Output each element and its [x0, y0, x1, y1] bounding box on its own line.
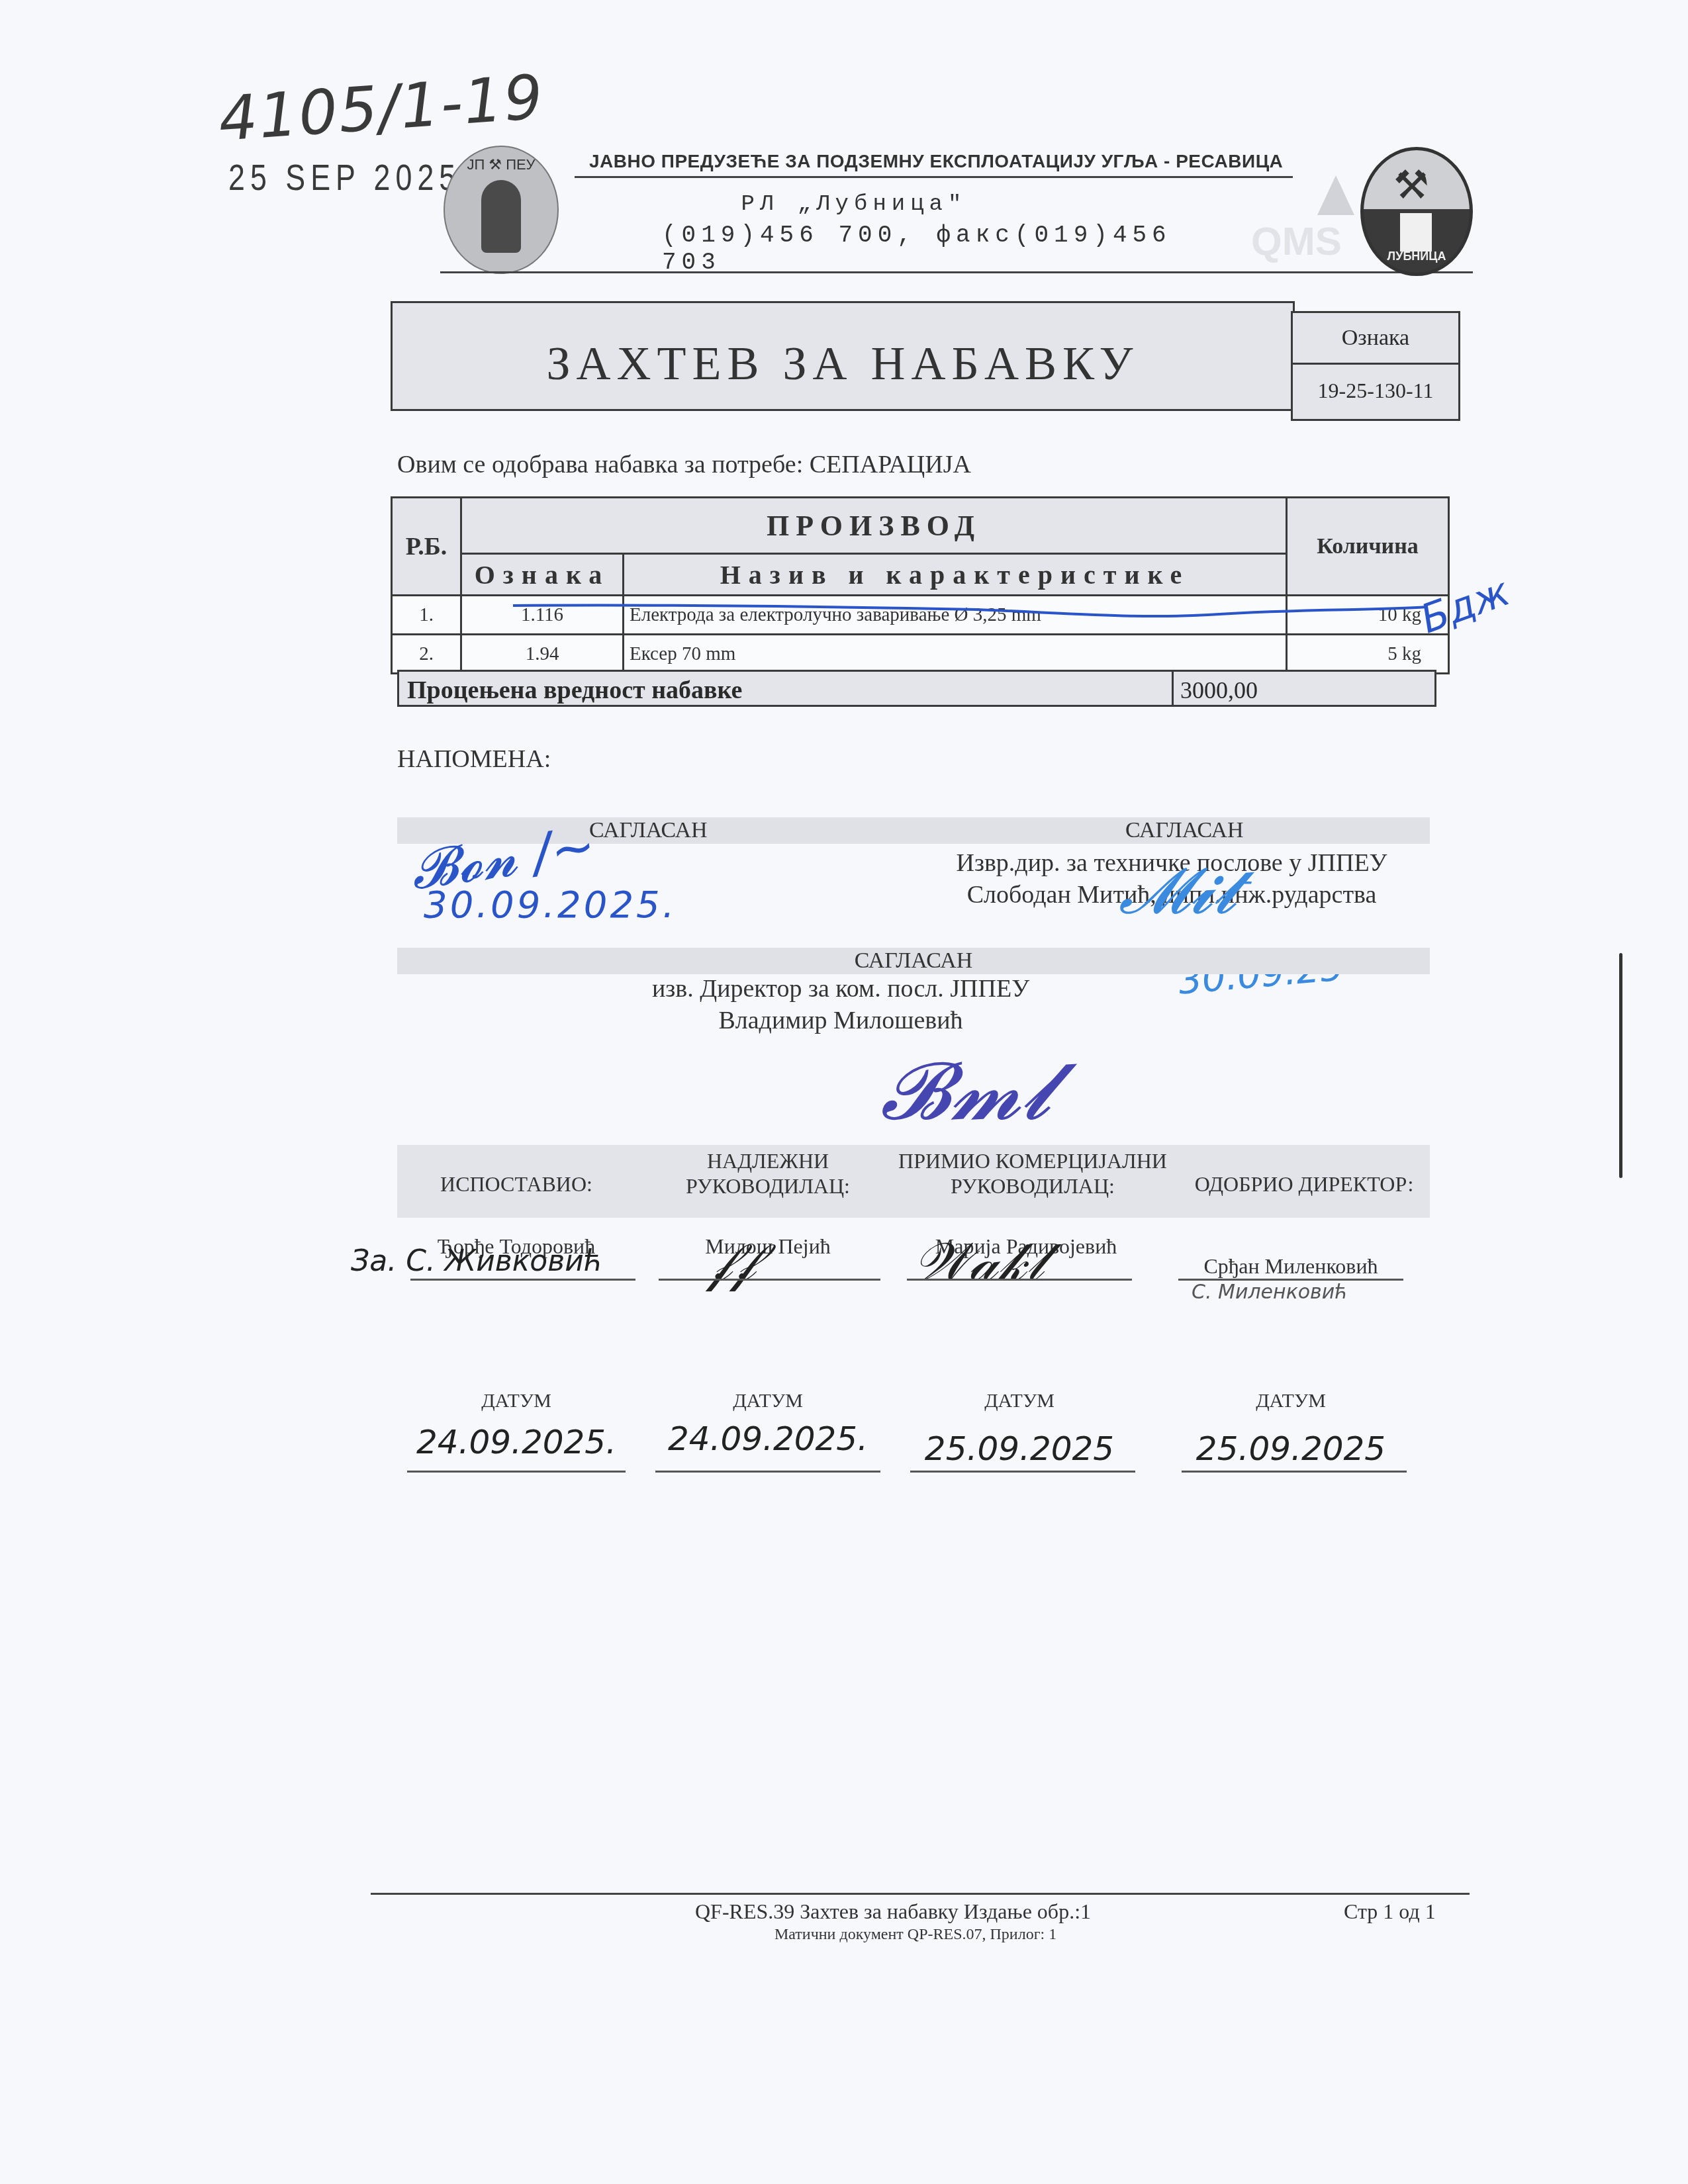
footer-page-number: Стр 1 од 1 [1344, 1899, 1436, 1924]
issued-by-signature: За. С. Живковић [351, 1244, 602, 1278]
approval-purpose: Овим се одобрава набавка за потребе: СЕП… [397, 450, 971, 479]
signature-line [410, 1279, 635, 1281]
col-quantity: Количина [1287, 498, 1449, 596]
received-date-stamp: 25 SEP 2025 [228, 156, 461, 199]
signature-line [907, 1279, 1132, 1281]
scan-margin-mark [1619, 953, 1622, 1178]
agree-label-right: САГЛАСАН [1125, 817, 1244, 844]
commercial-director-name: Владимир Милошевић [609, 1005, 1072, 1036]
phone-fax: (019)456 700, факс(019)456 703 [662, 222, 1244, 276]
col-code: Ознака [461, 554, 624, 596]
code-value: 19-25-130-11 [1293, 365, 1458, 416]
role-director: ОДОБРИО ДИРЕКТОР: [1185, 1171, 1423, 1197]
document-title: ЗАХТЕВ ЗА НАБАВКУ [393, 336, 1293, 391]
date-line [407, 1471, 626, 1473]
commercial-director-block: изв. Директор за ком. посл. ЈППЕУ Владим… [609, 973, 1072, 1036]
footer-form-id: QF-RES.39 Захтев за набавку Издање обр.:… [695, 1899, 1091, 1924]
items-table: Р.Б. ПРОИЗВОД Количина Ознака Назив и ка… [391, 496, 1450, 674]
date-label: ДАТУМ [1185, 1390, 1397, 1412]
role-issued-by: ИСПОСТАВИО: [404, 1171, 629, 1197]
date-line [910, 1471, 1135, 1473]
signature-line [1178, 1279, 1403, 1281]
note-label: НАПОМЕНА: [397, 745, 551, 774]
commercial-manager-signature: 𝒲𝒶𝓀𝓁 [914, 1231, 1044, 1293]
unit-name: РЛ „Лубница" [662, 192, 1046, 217]
qms-watermark: QMS [1251, 218, 1342, 264]
footer-divider [371, 1893, 1470, 1895]
document-code-box: Ознака 19-25-130-11 [1291, 311, 1460, 421]
estimated-value-row: Процењена вредност набавке 3000,00 [397, 670, 1436, 707]
col-rb: Р.Б. [392, 498, 461, 596]
tech-director-signature: 𝓜𝓲𝓽 [1119, 854, 1237, 929]
col-product: ПРОИЗВОД [461, 498, 1287, 554]
row-name: Ексер 70 mm [624, 635, 1287, 674]
tree-icon [1317, 175, 1354, 215]
signature-line [659, 1279, 880, 1281]
date-director: 25.09.2025 [1178, 1430, 1403, 1468]
row-rb: 2. [392, 635, 461, 674]
date-issued: 24.09.2025. [404, 1423, 629, 1461]
person-responsible-manager: Милош Пејић [662, 1234, 874, 1259]
date-commercial: 25.09.2025 [907, 1430, 1132, 1468]
row-rb: 1. [392, 596, 461, 635]
emblem-shield-icon [1400, 213, 1432, 251]
crossed-hammers-icon: ⚒ [1393, 162, 1429, 208]
emblem-caption: ЛУБНИЦА [1364, 250, 1470, 263]
strike-through-line [513, 599, 1440, 625]
table-row: 2. 1.94 Ексер 70 mm 5 kg [392, 635, 1449, 674]
footer-parent-doc: Матични документ QP-RES.07, Прилог: 1 [774, 1926, 1056, 1944]
responsible-manager-signature: 𝒻𝒻 [708, 1231, 755, 1293]
date-responsible: 24.09.2025. [655, 1420, 880, 1458]
estimated-value-label: Процењена вредност набавке [397, 670, 1172, 707]
date-line [1182, 1471, 1407, 1473]
document-title-box: ЗАХТЕВ ЗА НАБАВКУ [391, 301, 1295, 411]
divider [575, 176, 1293, 178]
row-code: 1.94 [461, 635, 624, 674]
commercial-director-signature: 𝓑𝓶𝓵 [880, 1046, 1052, 1138]
director-signature: С. Миленковић [1192, 1281, 1348, 1304]
company-logo-left: ЈП ⚒ ПЕУ [444, 146, 559, 274]
date-label: ДАТУМ [914, 1390, 1125, 1412]
logo-caption: ЈП ⚒ ПЕУ [445, 156, 557, 173]
commercial-director-title: изв. Директор за ком. посл. ЈППЕУ [609, 973, 1072, 1005]
miner-figure-icon [481, 180, 521, 253]
row-qty: 5 kg [1287, 635, 1449, 674]
header-divider [440, 271, 1473, 273]
date-label: ДАТУМ [410, 1390, 622, 1412]
date-line [655, 1471, 880, 1473]
role-commercial-manager: ПРИМИО КОМЕРЦИЈАЛНИ РУКОВОДИЛАЦ: [887, 1148, 1178, 1199]
agree-label-left: САГЛАСАН [589, 817, 708, 844]
date-label: ДАТУМ [662, 1390, 874, 1412]
left-approver-date: 30.09.2025. [424, 884, 677, 927]
code-label: Ознака [1293, 313, 1458, 365]
person-director: Срђан Миленковић [1172, 1254, 1410, 1279]
col-name: Назив и карактеристике [624, 554, 1287, 596]
agree-label: САГЛАСАН [855, 948, 973, 973]
role-responsible-manager: НАДЛЕЖНИ РУКОВОДИЛАЦ: [682, 1148, 854, 1199]
company-name: ЈАВНО ПРЕДУЗЕЋЕ ЗА ПОДЗЕМНУ ЕКСПЛОАТАЦИЈ… [589, 151, 1283, 172]
mine-emblem-logo: ⚒ ЛУБНИЦА [1360, 147, 1473, 276]
estimated-value: 3000,00 [1172, 670, 1436, 707]
registry-number-stamp: 4105/1-19 [216, 62, 546, 155]
agree-band: САГЛАСАН [397, 948, 1430, 974]
